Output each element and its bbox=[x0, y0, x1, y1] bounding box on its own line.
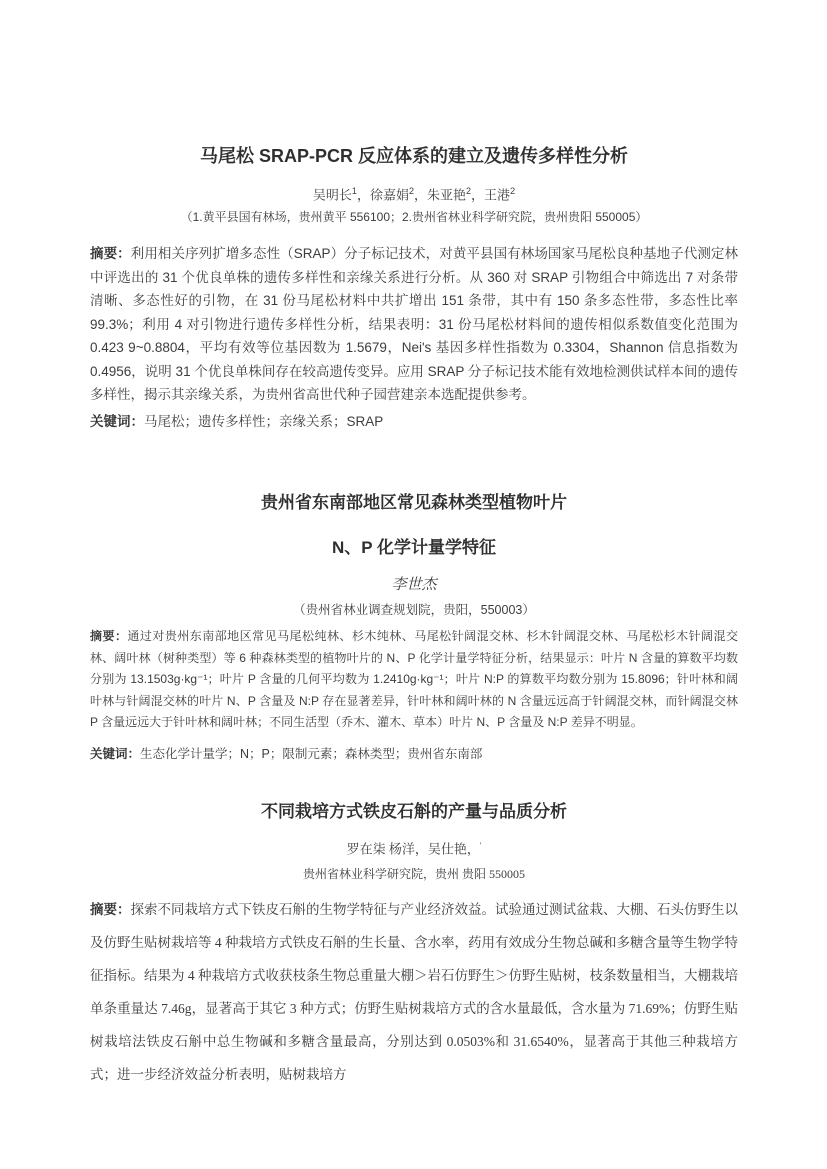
paper-3-affiliation: 贵州省林业科学研究院，贵州 贵阳 550005 bbox=[90, 866, 738, 882]
author-name: 王港 bbox=[484, 187, 510, 202]
paper-2-keywords: 关键词：生态化学计量学；N；P；限制元素；森林类型；贵州省东南部 bbox=[90, 745, 738, 763]
paper-3-abstract: 摘要：探索不同栽培方式下铁皮石斛的生物学特征与产业经济效益。试验通过测试盆栽、大… bbox=[90, 893, 738, 1091]
abstract-text: 探索不同栽培方式下铁皮石斛的生物学特征与产业经济效益。试验通过测试盆栽、大棚、石… bbox=[90, 902, 738, 1082]
document-page: 马尾松 SRAP-PCR 反应体系的建立及遗传多样性分析 吴明长1，徐嘉娟2，朱… bbox=[0, 0, 827, 1169]
author-name: 徐嘉娟 bbox=[370, 187, 409, 202]
author-superscript: 2 bbox=[510, 186, 515, 196]
paper-1-title: 马尾松 SRAP-PCR 反应体系的建立及遗传多样性分析 bbox=[90, 143, 738, 169]
keywords-text: 生态化学计量学；N；P；限制元素；森林类型；贵州省东南部 bbox=[140, 747, 482, 761]
abstract-text: 通过对贵州东南部地区常见马尾松纯林、杉木纯林、马尾松针阔混交林、杉木针阔混交林、… bbox=[90, 629, 738, 729]
paper-2-title-line-2: N、P 化学计量学特征 bbox=[90, 535, 738, 560]
keywords-label: 关键词： bbox=[90, 747, 140, 761]
paper-1-abstract: 摘要：利用相关序列扩增多态性（SRAP）分子标记技术，对黄平县国有林场国家马尾松… bbox=[90, 242, 738, 407]
abstract-text: 利用相关序列扩增多态性（SRAP）分子标记技术，对黄平县国有林场国家马尾松良种基… bbox=[90, 246, 738, 402]
paper-1-affiliation: （1.黄平县国有林场，贵州黄平 556100；2.贵州省林业科学研究院，贵州贵阳… bbox=[90, 209, 738, 225]
author-separator: ， bbox=[357, 187, 370, 202]
abstract-label: 摘要： bbox=[90, 902, 131, 917]
paper-2-affiliation: （贵州省林业调查规划院，贵阳，550003） bbox=[90, 602, 738, 619]
author-name: 朱亚艳 bbox=[427, 187, 466, 202]
corresponding-author-mark: ' bbox=[480, 841, 481, 850]
paper-3-title: 不同栽培方式铁皮石斛的产量与品质分析 bbox=[90, 799, 738, 824]
abstract-label: 摘要： bbox=[90, 246, 131, 261]
authors-text: 罗在柒 杨洋，吴仕艳， bbox=[347, 841, 480, 856]
author-name: 吴明长 bbox=[313, 187, 352, 202]
paper-1-keywords: 关键词：马尾松；遗传多样性；亲缘关系；SRAP bbox=[90, 410, 738, 434]
abstract-label: 摘要： bbox=[90, 629, 127, 643]
paper-2-author: 李世杰 bbox=[90, 575, 738, 596]
paper-1-authors: 吴明长1，徐嘉娟2，朱亚艳2，王港2 bbox=[90, 182, 738, 204]
author-separator: ， bbox=[414, 187, 427, 202]
author-separator: ， bbox=[471, 187, 484, 202]
keywords-label: 关键词： bbox=[90, 414, 144, 429]
paper-3-authors: 罗在柒 杨洋，吴仕艳，' bbox=[90, 837, 738, 858]
paper-2-abstract: 摘要：通过对贵州东南部地区常见马尾松纯林、杉木纯林、马尾松针阔混交林、杉木针阔混… bbox=[90, 626, 738, 734]
keywords-text: 马尾松；遗传多样性；亲缘关系；SRAP bbox=[144, 414, 383, 429]
paper-2-title-line-1: 贵州省东南部地区常见森林类型植物叶片 bbox=[90, 490, 738, 515]
paper-3: 不同栽培方式铁皮石斛的产量与品质分析 罗在柒 杨洋，吴仕艳，' 贵州省林业科学研… bbox=[90, 799, 738, 1091]
paper-1: 马尾松 SRAP-PCR 反应体系的建立及遗传多样性分析 吴明长1，徐嘉娟2，朱… bbox=[90, 143, 738, 433]
paper-2: 贵州省东南部地区常见森林类型植物叶片 N、P 化学计量学特征 李世杰 （贵州省林… bbox=[90, 490, 738, 763]
